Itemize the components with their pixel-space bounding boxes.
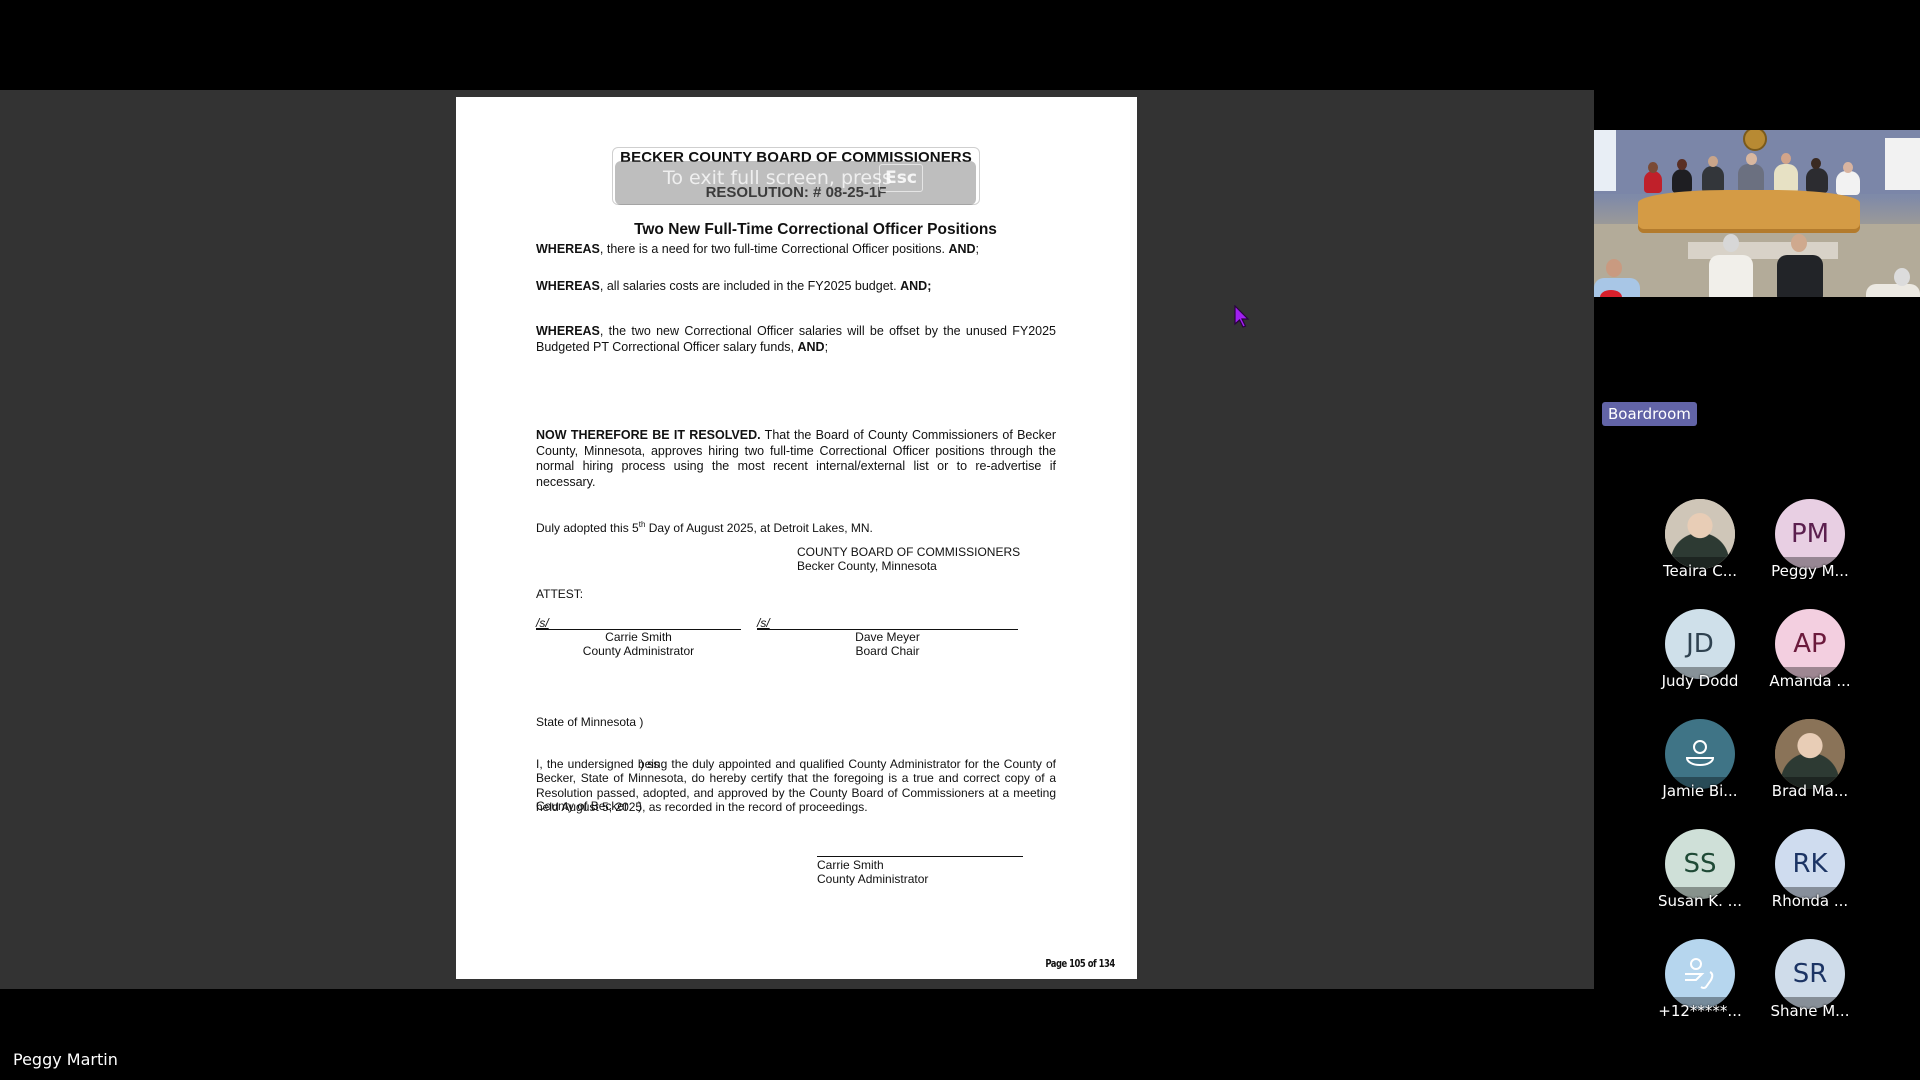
participant-tile[interactable]: SRShane M...	[1755, 939, 1865, 1029]
certification-signature-line	[817, 856, 1023, 857]
resolved-clause: NOW THEREFORE BE IT RESOLVED. That the B…	[536, 428, 1056, 490]
whereas-clause-3: WHEREAS, the two new Correctional Office…	[536, 324, 1056, 355]
video-person-head	[1843, 162, 1853, 173]
video-dais	[1638, 190, 1860, 233]
profile-photo	[1665, 499, 1735, 569]
participant-name: Brad Ma...	[1755, 782, 1865, 800]
video-person	[1702, 166, 1724, 193]
video-person-head	[1606, 259, 1622, 277]
participant-name: Judy Dodd	[1645, 672, 1755, 690]
participant-avatar	[1775, 719, 1845, 789]
participant-tile[interactable]: JDJudy Dodd	[1645, 609, 1755, 699]
avatar-initials: JD	[1686, 629, 1714, 659]
participant-name: Amanda ...	[1755, 672, 1865, 690]
adoption-statement: Duly adopted this 5th Day of August 2025…	[536, 517, 1056, 537]
board-signature-block: COUNTY BOARD OF COMMISSIONERS Becker Cou…	[797, 545, 1020, 573]
participant-avatar: JD	[1665, 609, 1735, 679]
participant-name: Rhonda ...	[1755, 892, 1865, 910]
certification-signatory: Carrie Smith County Administrator	[817, 858, 928, 886]
participant-tile[interactable]: Jamie Bi...	[1645, 719, 1755, 809]
signatory-1: Carrie Smith County Administrator	[536, 630, 741, 658]
video-person	[1738, 164, 1764, 193]
room-name-label: Boardroom	[1602, 402, 1697, 426]
participant-avatar: SS	[1665, 829, 1735, 899]
signature-mark-1: /s/	[536, 616, 549, 630]
person-icon	[1680, 734, 1720, 774]
fullscreen-exit-hint: To exit full screen, press Esc	[615, 161, 976, 205]
whereas-clause-1: WHEREAS, there is a need for two full-ti…	[536, 242, 1056, 258]
signature-mark-2: /s/	[757, 616, 770, 630]
participant-avatar: SR	[1775, 939, 1845, 1009]
avatar-initials: SR	[1793, 959, 1828, 989]
video-person-head	[1708, 156, 1718, 167]
participant-name: Teaira C...	[1645, 562, 1755, 580]
video-person	[1806, 168, 1828, 193]
video-person	[1644, 171, 1662, 193]
participant-name: Jamie Bi...	[1645, 782, 1755, 800]
participant-name: Peggy M...	[1755, 562, 1865, 580]
video-person-head	[1811, 158, 1821, 169]
certification-statement: I, the undersigned being the duly appoin…	[536, 757, 1056, 814]
boardroom-video-feed[interactable]	[1594, 124, 1920, 307]
video-whiteboard	[1885, 138, 1920, 190]
video-person	[1672, 169, 1692, 193]
video-person	[1774, 164, 1798, 193]
video-person	[1836, 171, 1860, 195]
video-person-head	[1723, 234, 1739, 252]
document-title: Two New Full-Time Correctional Officer P…	[456, 221, 1137, 239]
participant-tile[interactable]: Teaira C...	[1645, 499, 1755, 589]
participant-name: Susan K. ...	[1645, 892, 1755, 910]
participant-avatar	[1665, 719, 1735, 789]
participant-name: Shane M...	[1755, 1002, 1865, 1020]
video-person-head	[1677, 159, 1687, 170]
participant-tile[interactable]: RKRhonda ...	[1755, 829, 1865, 919]
participant-avatar	[1665, 939, 1735, 1009]
video-projector-screen	[1594, 129, 1616, 191]
fullscreen-hint-text: To exit full screen, press	[663, 167, 892, 189]
avatar-initials: PM	[1791, 519, 1829, 549]
participant-tile[interactable]: SSSusan K. ...	[1645, 829, 1755, 919]
video-person-head	[1894, 268, 1910, 286]
participant-avatar: AP	[1775, 609, 1845, 679]
video-person-head	[1746, 153, 1757, 165]
attest-label: ATTEST:	[536, 587, 583, 601]
esc-key-badge: Esc	[879, 164, 923, 192]
avatar-initials: AP	[1793, 629, 1826, 659]
participant-tile[interactable]: APAmanda ...	[1755, 609, 1865, 699]
phone-person-icon	[1680, 954, 1720, 994]
whereas-clause-2: WHEREAS, all salaries costs are included…	[536, 279, 1056, 295]
video-letterbox-bottom	[1594, 297, 1920, 307]
document-page: BECKER COUNTY BOARD OF COMMISSIONERS RES…	[456, 97, 1137, 979]
video-person	[1777, 255, 1823, 300]
video-person-head	[1781, 153, 1791, 164]
profile-photo	[1775, 719, 1845, 789]
video-letterbox-top	[1594, 124, 1920, 130]
presenter-name-label: Peggy Martin	[13, 1050, 118, 1069]
participant-avatar	[1665, 499, 1735, 569]
participant-tile[interactable]: +12*****...	[1645, 939, 1755, 1029]
page-number: Page 105 of 134	[1046, 958, 1115, 970]
signatory-2: Dave Meyer Board Chair	[757, 630, 1018, 658]
participant-name: +12*****...	[1645, 1002, 1755, 1020]
participant-tile[interactable]: Brad Ma...	[1755, 719, 1865, 809]
video-person	[1709, 255, 1753, 300]
avatar-initials: SS	[1683, 849, 1716, 879]
county-seal-icon	[1743, 127, 1767, 151]
participant-avatar: RK	[1775, 829, 1845, 899]
participant-tile[interactable]: PMPeggy M...	[1755, 499, 1865, 589]
avatar-initials: RK	[1792, 849, 1827, 879]
mouse-cursor-icon	[1234, 305, 1250, 329]
participant-avatar: PM	[1775, 499, 1845, 569]
video-person-head	[1648, 162, 1658, 173]
video-person-head	[1791, 234, 1807, 252]
